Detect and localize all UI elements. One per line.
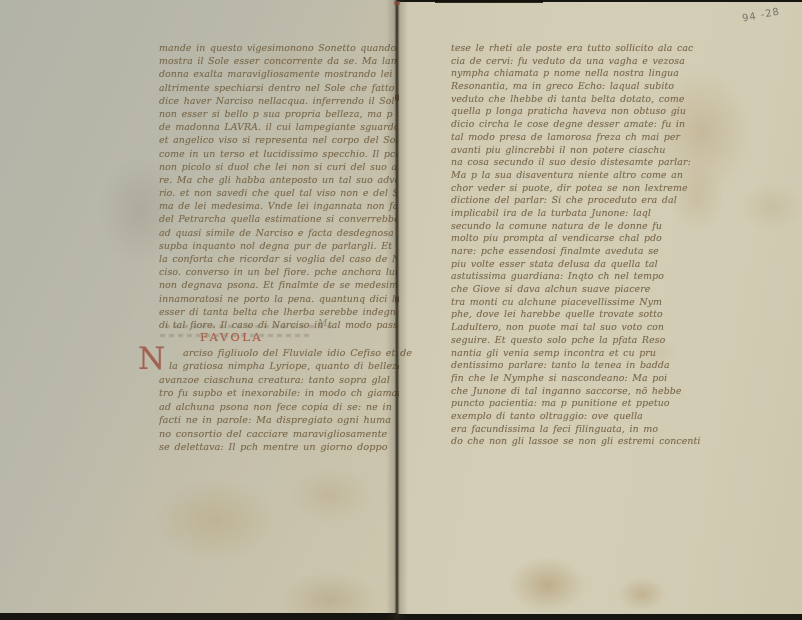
text-line: na cosa secundo il suo desio distesamte … bbox=[451, 157, 731, 170]
binding-stitch bbox=[395, 296, 399, 303]
text-line: re. Ma che gli habba anteposto un tal su… bbox=[159, 174, 397, 187]
text-line: Ladultero, non puote mai tal suo voto co… bbox=[451, 322, 731, 335]
text-line: astutissima guardiana: Inqto ch nel temp… bbox=[451, 271, 731, 284]
manuscript-photo: mande in questo vigesimonono Sonetto qua… bbox=[0, 0, 802, 620]
text-line: mande in questo vigesimonono Sonetto qua… bbox=[159, 42, 397, 55]
text-line: cia de cervi: fu veduto da una vagha e v… bbox=[451, 56, 731, 69]
text-line: veduto che lhebbe di tanta belta dotato,… bbox=[451, 94, 731, 107]
text-line: tese le rheti ale poste era tutto sollic… bbox=[451, 43, 731, 56]
text-line: ciso. converso in un bel fiore. pche anc… bbox=[159, 266, 397, 279]
text-line: de madonna LAVRA. il cui lampegiante sgu… bbox=[159, 121, 397, 134]
text-line: exemplo di tanto oltraggio: ove quella bbox=[451, 411, 731, 424]
binding-stitch bbox=[395, 94, 399, 101]
left-commentary-text: mande in questo vigesimonono Sonetto qua… bbox=[159, 42, 397, 332]
text-line: non degnava psona. Et finalmte de se med… bbox=[159, 279, 397, 292]
text-line: do che non gli lassoe se non gli estremi… bbox=[451, 436, 731, 449]
text-line: la gratiosa nimpha Lyriope, quanto di be… bbox=[159, 360, 399, 374]
text-line: dictione del parlar: Si che proceduto er… bbox=[451, 195, 731, 208]
text-line: facti ne in parole: Ma dispregiato ogni … bbox=[159, 414, 399, 428]
right-page-text: tese le rheti ale poste era tutto sollic… bbox=[451, 43, 731, 449]
text-line: tra monti cu alchune piacevellissime Nym bbox=[451, 297, 731, 310]
text-line: secundo la comune natura de le donne fu bbox=[451, 221, 731, 234]
text-line: ma de lei medesima. Vnde lei ingannata n… bbox=[159, 200, 397, 213]
text-line: esser di tanta belta che lherba serebbe … bbox=[159, 306, 397, 319]
text-line: mostra il Sole esser concorrente da se. … bbox=[159, 55, 397, 68]
text-line: la conforta che ricordar si voglia del c… bbox=[159, 253, 397, 266]
text-line: di tal fiore. Il caso di Narciso in tal … bbox=[159, 319, 397, 332]
text-line: era facundissima la feci filinguata, in … bbox=[451, 424, 731, 437]
text-line: chor veder si puote, dir potea se non le… bbox=[451, 183, 731, 196]
text-line: innamoratosi ne porto la pena. quantunq … bbox=[159, 293, 397, 306]
text-line: ad alchuna psona non fece copia di se: n… bbox=[159, 401, 399, 415]
fable-first-line: arciso figliuolo del Fluviale idio Cefis… bbox=[183, 347, 403, 361]
text-line: Resonantia, ma in greco Echo: laqual sub… bbox=[451, 81, 731, 94]
text-line: del Petrarcha quella estimatione si conv… bbox=[159, 213, 397, 226]
text-line: che Giove si dava alchun suave piacere bbox=[451, 284, 731, 297]
text-line: dice haver Narciso nellacqua. inferrendo… bbox=[159, 95, 397, 108]
text-line: donna exalta maravigliosamente mostrando… bbox=[159, 68, 397, 81]
text-line: altrimente spechiarsi dentro nel Sole ch… bbox=[159, 82, 397, 95]
page-top-edge-shadow bbox=[435, 0, 543, 3]
binding-gutter bbox=[386, 0, 408, 620]
text-line: rio. et non savedi che quel tal viso non… bbox=[159, 187, 397, 200]
text-line: ad quasi simile de Narciso e facta desde… bbox=[159, 227, 397, 240]
text-line: Ma p la sua disaventura niente altro com… bbox=[451, 170, 731, 183]
text-line: et angelico viso si representa nel corpo… bbox=[159, 134, 397, 147]
rubric-heading: FAVOLA bbox=[200, 330, 263, 344]
text-line: come in un terso et lucidissimo specchio… bbox=[159, 148, 397, 161]
text-line: dicio circha le cose degne desser amate:… bbox=[451, 119, 731, 132]
text-line: non esser si bello p sua propria belleza… bbox=[159, 108, 397, 121]
text-line: dentissimo parlare: tanto la tenea in ba… bbox=[451, 360, 731, 373]
text-line: supba inquanto nol degna pur de parlargl… bbox=[159, 240, 397, 253]
text-line: nare: pche essendosi finalmte aveduta se bbox=[451, 246, 731, 259]
text-line: puncto pacientia: ma p punitione et ppet… bbox=[451, 398, 731, 411]
left-fable-text: la gratiosa nimpha Lyriope, quanto di be… bbox=[159, 360, 399, 455]
text-line: implicabil ira de la turbata Junone: laq… bbox=[451, 208, 731, 221]
text-line: nympha chiamata p nome nella nostra ling… bbox=[451, 68, 731, 81]
text-line: quella p longa praticha haveva non obtus… bbox=[451, 106, 731, 119]
text-line: piu volte esser stata delusa da quella t… bbox=[451, 259, 731, 272]
text-line: tro fu supbo et inexorabile: in modo ch … bbox=[159, 387, 399, 401]
text-line: avanzoe ciaschuna creatura: tanto sopra … bbox=[159, 374, 399, 388]
text-line: che Junone di tal inganno saccorse, nō h… bbox=[451, 386, 731, 399]
text-line: seguire. Et questo solo pche la pfata Re… bbox=[451, 335, 731, 348]
text-line: nantia gli venia semp incontra et cu pru bbox=[451, 348, 731, 361]
text-line: fin che le Nymphe si nascondeano: Ma poi bbox=[451, 373, 731, 386]
text-line: molto piu prompta al vendicarse chal pdo bbox=[451, 233, 731, 246]
text-line: phe, dove lei harebbe quelle trovate sot… bbox=[451, 309, 731, 322]
text-line: no consortio del cacciare maravigliosame… bbox=[159, 428, 399, 442]
text-line: tal modo presa de lamorosa freza ch mai … bbox=[451, 132, 731, 145]
text-line: non picolo si duol che lei non si curi d… bbox=[159, 161, 397, 174]
binding-thread-mark bbox=[394, 1, 400, 5]
text-line: se delettava: Il pch mentre un giorno do… bbox=[159, 441, 399, 455]
text-line: avanti piu glincrebbi il non potere cias… bbox=[451, 145, 731, 158]
